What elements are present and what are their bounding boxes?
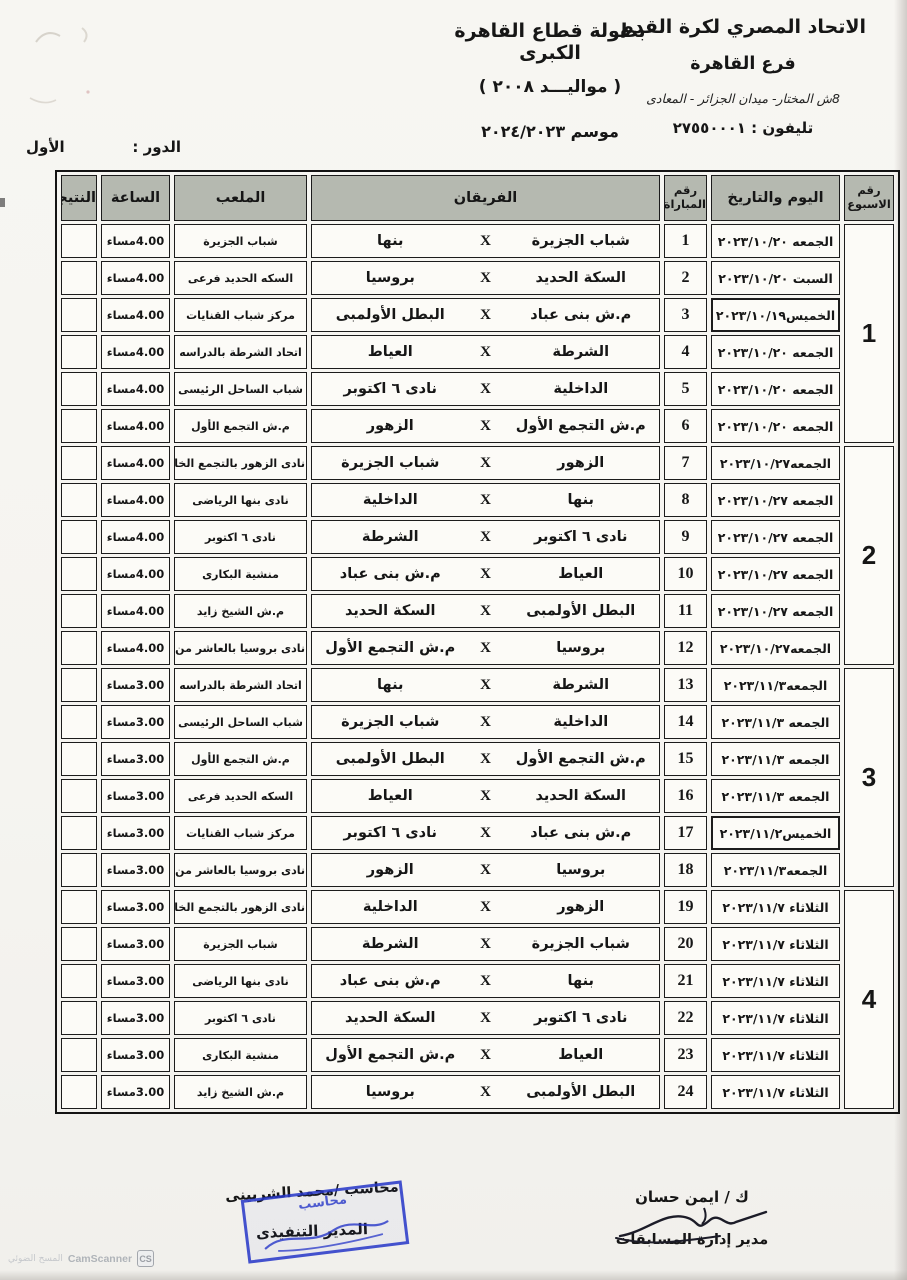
match-number: 17 (664, 816, 707, 850)
match-date: الجمعه ٢٠٢٣/١٠/٢٧ (711, 483, 840, 517)
match-teams: شباب الجزيرة X الشرطة (311, 927, 660, 961)
match-row: الجمعه ٢٠٢٣/١٠/٢٧ 10 العياط X م.ش بنى عب… (61, 557, 894, 591)
match-row: الثلاثاء ٢٠٢٣/١١/٧ 22 نادى ٦ اكتوبر X ال… (61, 1001, 894, 1035)
match-number: 4 (664, 335, 707, 369)
match-row: الجمعه ٢٠٢٣/١١/٣ 16 السكة الحديد X العيا… (61, 779, 894, 813)
header-row: رقم الاسبوع اليوم والتاريخ رقم المباراة … (61, 175, 894, 221)
match-row: الجمعه ٢٠٢٣/١١/٣ 14 الداخلية X شباب الجز… (61, 705, 894, 739)
match-result (61, 779, 97, 813)
match-time: 3.00مساء (101, 668, 170, 702)
away-team: العياط (318, 788, 463, 804)
away-team: الداخلية (318, 492, 463, 508)
match-number: 21 (664, 964, 707, 998)
match-date: الجمعه٢٠٢٣/١١/٣ (711, 853, 840, 887)
scan-shadow-bottom (0, 1270, 907, 1280)
match-date: الجمعه ٢٠٢٣/١٠/٢٧ (711, 520, 840, 554)
match-number: 12 (664, 631, 707, 665)
vs-mark: X (463, 677, 509, 694)
match-teams: الزهور X شباب الجزيرة (311, 446, 660, 480)
week-number: 4 (844, 890, 894, 1109)
match-stadium: شباب الجزيرة (174, 927, 307, 961)
home-team: البطل الأولمبى (509, 603, 654, 619)
match-row: 3 الجمعه٢٠٢٣/١١/٣ 13 الشرطة X بنها اتحاد… (61, 668, 894, 702)
match-result (61, 705, 97, 739)
vs-mark: X (463, 344, 509, 361)
match-date: الخميس٢٠٢٣/١١/٢ (711, 816, 840, 850)
match-stadium: نادى الزهور بالتجمع الخامس (174, 890, 307, 924)
match-number: 10 (664, 557, 707, 591)
match-time: 3.00مساء (101, 890, 170, 924)
col-header-date: اليوم والتاريخ (711, 175, 840, 221)
away-team: بروسيا (318, 1084, 463, 1100)
home-team: الزهور (509, 455, 654, 471)
home-team: بروسيا (509, 862, 654, 878)
col-header-stadium: الملعب (174, 175, 307, 221)
match-stadium: اتحاد الشرطة بالدراسه (174, 335, 307, 369)
match-teams: السكة الحديد X بروسيا (311, 261, 660, 295)
match-time: 4.00مساء (101, 557, 170, 591)
away-team: السكة الحديد (318, 603, 463, 619)
match-teams: العياط X م.ش بنى عباد (311, 557, 660, 591)
match-number: 16 (664, 779, 707, 813)
match-result (61, 668, 97, 702)
camscanner-watermark: CS CamScanner المسح الضوئي (8, 1250, 154, 1267)
vs-mark: X (463, 233, 509, 250)
match-time: 3.00مساء (101, 779, 170, 813)
away-team: الداخلية (318, 899, 463, 915)
match-teams: بروسيا X الزهور (311, 853, 660, 887)
match-teams: الداخلية X شباب الجزيرة (311, 705, 660, 739)
match-date: الثلاثاء ٢٠٢٣/١١/٧ (711, 927, 840, 961)
match-result (61, 1038, 97, 1072)
signature-block-right: ك / ايمن حسان مدير إدارة المسابقات (596, 1188, 788, 1248)
signature-block-left: محاسب /محمد الشربينى المدير التنفيذى محا… (192, 1184, 432, 1240)
match-date: الجمعه ٢٠٢٣/١٠/٢٠ (711, 372, 840, 406)
away-team: السكة الحديد (318, 1010, 463, 1026)
match-teams: بروسيا X م.ش التجمع الأول (311, 631, 660, 665)
match-row: الجمعه ٢٠٢٣/١١/٣ 15 م.ش التجمع الأول X ا… (61, 742, 894, 776)
camscanner-logo-icon: CS (137, 1250, 154, 1267)
match-teams: م.ش التجمع الأول X الزهور (311, 409, 660, 443)
round-line: الدور : الأول (26, 138, 181, 156)
match-number: 8 (664, 483, 707, 517)
round-label: الدور : (132, 138, 181, 156)
match-stadium: نادى الزهور بالتجمع الخامس (174, 446, 307, 480)
home-team: نادى ٦ اكتوبر (509, 529, 654, 545)
match-date: الجمعه٢٠٢٣/١٠/٢٧ (711, 631, 840, 665)
week-number: 3 (844, 668, 894, 887)
signature-scribble (608, 1202, 773, 1250)
match-number: 22 (664, 1001, 707, 1035)
col-header-teams: الفريقان (311, 175, 660, 221)
match-stadium: مركز شباب القنايات (174, 298, 307, 332)
tournament-age-group: ( مواليـــد ٢٠٠٨ ) (428, 77, 672, 97)
match-stadium: م.ش الشيخ زايد (174, 594, 307, 628)
match-result (61, 446, 97, 480)
away-team: الشرطة (318, 936, 463, 952)
match-date: الجمعه ٢٠٢٣/١٠/٢٠ (711, 409, 840, 443)
match-teams: الداخلية X نادى ٦ اكتوبر (311, 372, 660, 406)
match-teams: الشرطة X العياط (311, 335, 660, 369)
match-number: 24 (664, 1075, 707, 1109)
match-time: 4.00مساء (101, 409, 170, 443)
match-date: الثلاثاء ٢٠٢٣/١١/٧ (711, 1001, 840, 1035)
match-result (61, 890, 97, 924)
home-team: العياط (509, 566, 654, 582)
vs-mark: X (463, 714, 509, 731)
match-stadium: اتحاد الشرطة بالدراسه (174, 668, 307, 702)
match-time: 4.00مساء (101, 224, 170, 258)
vs-mark: X (463, 529, 509, 546)
match-time: 4.00مساء (101, 372, 170, 406)
match-teams: بنها X م.ش بنى عباد (311, 964, 660, 998)
match-teams: م.ش بنى عباد X نادى ٦ اكتوبر (311, 816, 660, 850)
match-time: 4.00مساء (101, 594, 170, 628)
home-team: م.ش التجمع الأول (509, 751, 654, 767)
away-team: نادى ٦ اكتوبر (318, 825, 463, 841)
match-stadium: مركز شباب القنايات (174, 816, 307, 850)
match-stadium: منشية البكارى (174, 557, 307, 591)
match-row: الجمعه٢٠٢٣/١٠/٢٧ 12 بروسيا X م.ش التجمع … (61, 631, 894, 665)
match-time: 4.00مساء (101, 446, 170, 480)
away-team: م.ش التجمع الأول (318, 1047, 463, 1063)
match-number: 19 (664, 890, 707, 924)
match-date: الجمعه٢٠٢٣/١٠/٢٧ (711, 446, 840, 480)
match-stadium: السكه الحديد فرعى (174, 261, 307, 295)
match-row: الجمعه ٢٠٢٣/١٠/٢٠ 4 الشرطة X العياط اتحا… (61, 335, 894, 369)
match-result (61, 520, 97, 554)
match-result (61, 1001, 97, 1035)
match-time: 3.00مساء (101, 1075, 170, 1109)
match-row: الجمعه ٢٠٢٣/١٠/٢٠ 6 م.ش التجمع الأول X ا… (61, 409, 894, 443)
away-team: م.ش التجمع الأول (318, 640, 463, 656)
match-time: 3.00مساء (101, 1001, 170, 1035)
camscanner-name: CamScanner (68, 1253, 132, 1265)
match-date: الخميس٢٠٢٣/١٠/١٩ (711, 298, 840, 332)
match-number: 18 (664, 853, 707, 887)
match-date: الجمعه ٢٠٢٣/١١/٣ (711, 779, 840, 813)
week-number: 2 (844, 446, 894, 665)
match-teams: م.ش بنى عباد X البطل الأولمبى (311, 298, 660, 332)
match-row: الخميس٢٠٢٣/١١/٢ 17 م.ش بنى عباد X نادى ٦… (61, 816, 894, 850)
match-date: الجمعه ٢٠٢٣/١١/٣ (711, 705, 840, 739)
vs-mark: X (463, 492, 509, 509)
tournament-season: موسم ٢٠٢٤/٢٠٢٣ (428, 122, 672, 141)
match-row: الثلاثاء ٢٠٢٣/١١/٧ 21 بنها X م.ش بنى عبا… (61, 964, 894, 998)
match-time: 4.00مساء (101, 520, 170, 554)
match-time: 4.00مساء (101, 261, 170, 295)
match-date: الجمعه ٢٠٢٣/١٠/٢٧ (711, 557, 840, 591)
match-date: الثلاثاء ٢٠٢٣/١١/٧ (711, 964, 840, 998)
match-time: 4.00مساء (101, 298, 170, 332)
match-row: الجمعه ٢٠٢٣/١٠/٢٧ 8 بنها X الداخلية نادى… (61, 483, 894, 517)
match-number: 9 (664, 520, 707, 554)
home-team: الداخلية (509, 381, 654, 397)
match-result (61, 1075, 97, 1109)
match-time: 4.00مساء (101, 631, 170, 665)
away-team: نادى ٦ اكتوبر (318, 381, 463, 397)
vs-mark: X (463, 751, 509, 768)
away-team: بنها (318, 677, 463, 693)
vs-mark: X (463, 1047, 509, 1064)
match-teams: البطل الأولمبى X السكة الحديد (311, 594, 660, 628)
match-stadium: شباب الجزيرة (174, 224, 307, 258)
col-header-week: رقم الاسبوع (844, 175, 894, 221)
match-stadium: السكه الحديد فرعى (174, 779, 307, 813)
away-team: شباب الجزيرة (318, 455, 463, 471)
home-team: الزهور (509, 899, 654, 915)
vs-mark: X (463, 936, 509, 953)
match-result (61, 372, 97, 406)
match-row: 2 الجمعه٢٠٢٣/١٠/٢٧ 7 الزهور X شباب الجزي… (61, 446, 894, 480)
vs-mark: X (463, 862, 509, 879)
match-stadium: نادى بروسيا بالعاشر من رمضان (174, 631, 307, 665)
home-team: الشرطة (509, 344, 654, 360)
vs-mark: X (463, 566, 509, 583)
stamp-scribble (255, 1210, 398, 1257)
match-stadium: نادى بروسيا بالعاشر من رمضان (174, 853, 307, 887)
match-teams: الزهور X الداخلية (311, 890, 660, 924)
match-row: الجمعه ٢٠٢٣/١٠/٢٧ 9 نادى ٦ اكتوبر X الشر… (61, 520, 894, 554)
match-date: الجمعه ٢٠٢٣/١٠/٢٠ (711, 224, 840, 258)
match-number: 15 (664, 742, 707, 776)
vs-mark: X (463, 307, 509, 324)
match-number: 23 (664, 1038, 707, 1072)
match-result (61, 261, 97, 295)
away-team: شباب الجزيرة (318, 714, 463, 730)
match-row: الخميس٢٠٢٣/١٠/١٩ 3 م.ش بنى عباد X البطل … (61, 298, 894, 332)
match-time: 3.00مساء (101, 1038, 170, 1072)
match-teams: السكة الحديد X العياط (311, 779, 660, 813)
home-team: بروسيا (509, 640, 654, 656)
col-header-result: النتيجة (61, 175, 97, 221)
match-row: الجمعه٢٠٢٣/١١/٣ 18 بروسيا X الزهور نادى … (61, 853, 894, 887)
away-team: بروسيا (318, 270, 463, 286)
match-number: 14 (664, 705, 707, 739)
match-result (61, 298, 97, 332)
match-time: 3.00مساء (101, 816, 170, 850)
match-stadium: م.ش الشيخ زايد (174, 1075, 307, 1109)
match-stadium: نادى بنها الرياضى (174, 964, 307, 998)
vs-mark: X (463, 788, 509, 805)
match-date: الجمعه ٢٠٢٣/١٠/٢٧ (711, 594, 840, 628)
home-team: السكة الحديد (509, 270, 654, 286)
vs-mark: X (463, 418, 509, 435)
home-team: البطل الأولمبى (509, 1084, 654, 1100)
match-number: 1 (664, 224, 707, 258)
match-stadium: نادى ٦ اكتوبر (174, 1001, 307, 1035)
match-time: 3.00مساء (101, 742, 170, 776)
match-teams: نادى ٦ اكتوبر X السكة الحديد (311, 1001, 660, 1035)
away-team: البطل الأولمبى (318, 307, 463, 323)
match-row: الثلاثاء ٢٠٢٣/١١/٧ 23 العياط X م.ش التجم… (61, 1038, 894, 1072)
match-number: 2 (664, 261, 707, 295)
vs-mark: X (463, 381, 509, 398)
match-time: 3.00مساء (101, 705, 170, 739)
col-header-time: الساعة (101, 175, 170, 221)
away-team: الزهور (318, 862, 463, 878)
pencil-marks (22, 20, 117, 120)
tournament-title-block: بطولة قطاع القاهرة الكبرى ( مواليـــد ٢٠… (428, 20, 672, 141)
away-team: العياط (318, 344, 463, 360)
match-number: 11 (664, 594, 707, 628)
tournament-title: بطولة قطاع القاهرة الكبرى (428, 20, 672, 64)
match-time: 4.00مساء (101, 483, 170, 517)
vs-mark: X (463, 973, 509, 990)
scan-speck (0, 198, 5, 207)
match-number: 7 (664, 446, 707, 480)
stamp-word: محاسب (297, 1192, 347, 1213)
vs-mark: X (463, 603, 509, 620)
match-stadium: منشية البكارى (174, 1038, 307, 1072)
match-teams: العياط X م.ش التجمع الأول (311, 1038, 660, 1072)
away-team: م.ش بنى عباد (318, 566, 463, 582)
match-result (61, 816, 97, 850)
vs-mark: X (463, 270, 509, 287)
home-team: بنها (509, 492, 654, 508)
match-result (61, 742, 97, 776)
match-teams: الشرطة X بنها (311, 668, 660, 702)
match-stadium: م.ش التجمع الأول (174, 742, 307, 776)
match-result (61, 631, 97, 665)
match-result (61, 335, 97, 369)
away-team: الشرطة (318, 529, 463, 545)
week-number: 1 (844, 224, 894, 443)
home-team: شباب الجزيرة (509, 233, 654, 249)
match-date: الجمعه ٢٠٢٣/١٠/٢٠ (711, 335, 840, 369)
match-number: 3 (664, 298, 707, 332)
home-team: م.ش التجمع الأول (509, 418, 654, 434)
match-date: الجمعه ٢٠٢٣/١١/٣ (711, 742, 840, 776)
match-teams: بنها X الداخلية (311, 483, 660, 517)
match-result (61, 409, 97, 443)
match-teams: شباب الجزيرة X بنها (311, 224, 660, 258)
match-result (61, 927, 97, 961)
match-row: 4 الثلاثاء ٢٠٢٣/١١/٧ 19 الزهور X الداخلي… (61, 890, 894, 924)
match-number: 13 (664, 668, 707, 702)
away-team: بنها (318, 233, 463, 249)
match-row: 1 الجمعه ٢٠٢٣/١٠/٢٠ 1 شباب الجزيرة X بنه… (61, 224, 894, 258)
home-team: م.ش بنى عباد (509, 825, 654, 841)
match-result (61, 224, 97, 258)
away-team: م.ش بنى عباد (318, 973, 463, 989)
match-stadium: نادى بنها الرياضى (174, 483, 307, 517)
vs-mark: X (463, 825, 509, 842)
vs-mark: X (463, 455, 509, 472)
schedule-table: رقم الاسبوع اليوم والتاريخ رقم المباراة … (55, 170, 900, 1114)
vs-mark: X (463, 899, 509, 916)
scanned-document-page: الاتحاد المصري لكرة القدم فرع القاهرة 8ش… (0, 0, 907, 1280)
match-teams: نادى ٦ اكتوبر X الشرطة (311, 520, 660, 554)
vs-mark: X (463, 1084, 509, 1101)
match-time: 3.00مساء (101, 964, 170, 998)
match-date: الثلاثاء ٢٠٢٣/١١/٧ (711, 890, 840, 924)
match-stadium: م.ش التجمع الأول (174, 409, 307, 443)
match-date: الثلاثاء ٢٠٢٣/١١/٧ (711, 1038, 840, 1072)
match-stadium: شباب الساحل الرئيسى (174, 705, 307, 739)
match-date: السبت ٢٠٢٣/١٠/٢٠ (711, 261, 840, 295)
match-time: 3.00مساء (101, 927, 170, 961)
match-number: 5 (664, 372, 707, 406)
match-time: 4.00مساء (101, 335, 170, 369)
camscanner-tagline: المسح الضوئي (8, 1254, 63, 1264)
match-number: 6 (664, 409, 707, 443)
match-result (61, 964, 97, 998)
match-result (61, 853, 97, 887)
match-time: 3.00مساء (101, 853, 170, 887)
home-team: نادى ٦ اكتوبر (509, 1010, 654, 1026)
home-team: بنها (509, 973, 654, 989)
match-stadium: نادى ٦ اكتوبر (174, 520, 307, 554)
match-teams: البطل الأولمبى X بروسيا (311, 1075, 660, 1109)
away-team: الزهور (318, 418, 463, 434)
home-team: شباب الجزيرة (509, 936, 654, 952)
vs-mark: X (463, 640, 509, 657)
match-result (61, 557, 97, 591)
vs-mark: X (463, 1010, 509, 1027)
match-row: السبت ٢٠٢٣/١٠/٢٠ 2 السكة الحديد X بروسيا… (61, 261, 894, 295)
round-value: الأول (26, 138, 65, 156)
home-team: الداخلية (509, 714, 654, 730)
match-result (61, 594, 97, 628)
match-row: الجمعه ٢٠٢٣/١٠/٢٠ 5 الداخلية X نادى ٦ اك… (61, 372, 894, 406)
home-team: الشرطة (509, 677, 654, 693)
match-date: الجمعه٢٠٢٣/١١/٣ (711, 668, 840, 702)
match-row: الجمعه ٢٠٢٣/١٠/٢٧ 11 البطل الأولمبى X ال… (61, 594, 894, 628)
home-team: م.ش بنى عباد (509, 307, 654, 323)
match-number: 20 (664, 927, 707, 961)
match-teams: م.ش التجمع الأول X البطل الأولمبى (311, 742, 660, 776)
home-team: العياط (509, 1047, 654, 1063)
match-result (61, 483, 97, 517)
home-team: السكة الحديد (509, 788, 654, 804)
match-row: الثلاثاء ٢٠٢٣/١١/٧ 20 شباب الجزيرة X الش… (61, 927, 894, 961)
match-row: الثلاثاء ٢٠٢٣/١١/٧ 24 البطل الأولمبى X ب… (61, 1075, 894, 1109)
match-stadium: شباب الساحل الرئيسى (174, 372, 307, 406)
col-header-match: رقم المباراة (664, 175, 707, 221)
match-date: الثلاثاء ٢٠٢٣/١١/٧ (711, 1075, 840, 1109)
away-team: البطل الأولمبى (318, 751, 463, 767)
